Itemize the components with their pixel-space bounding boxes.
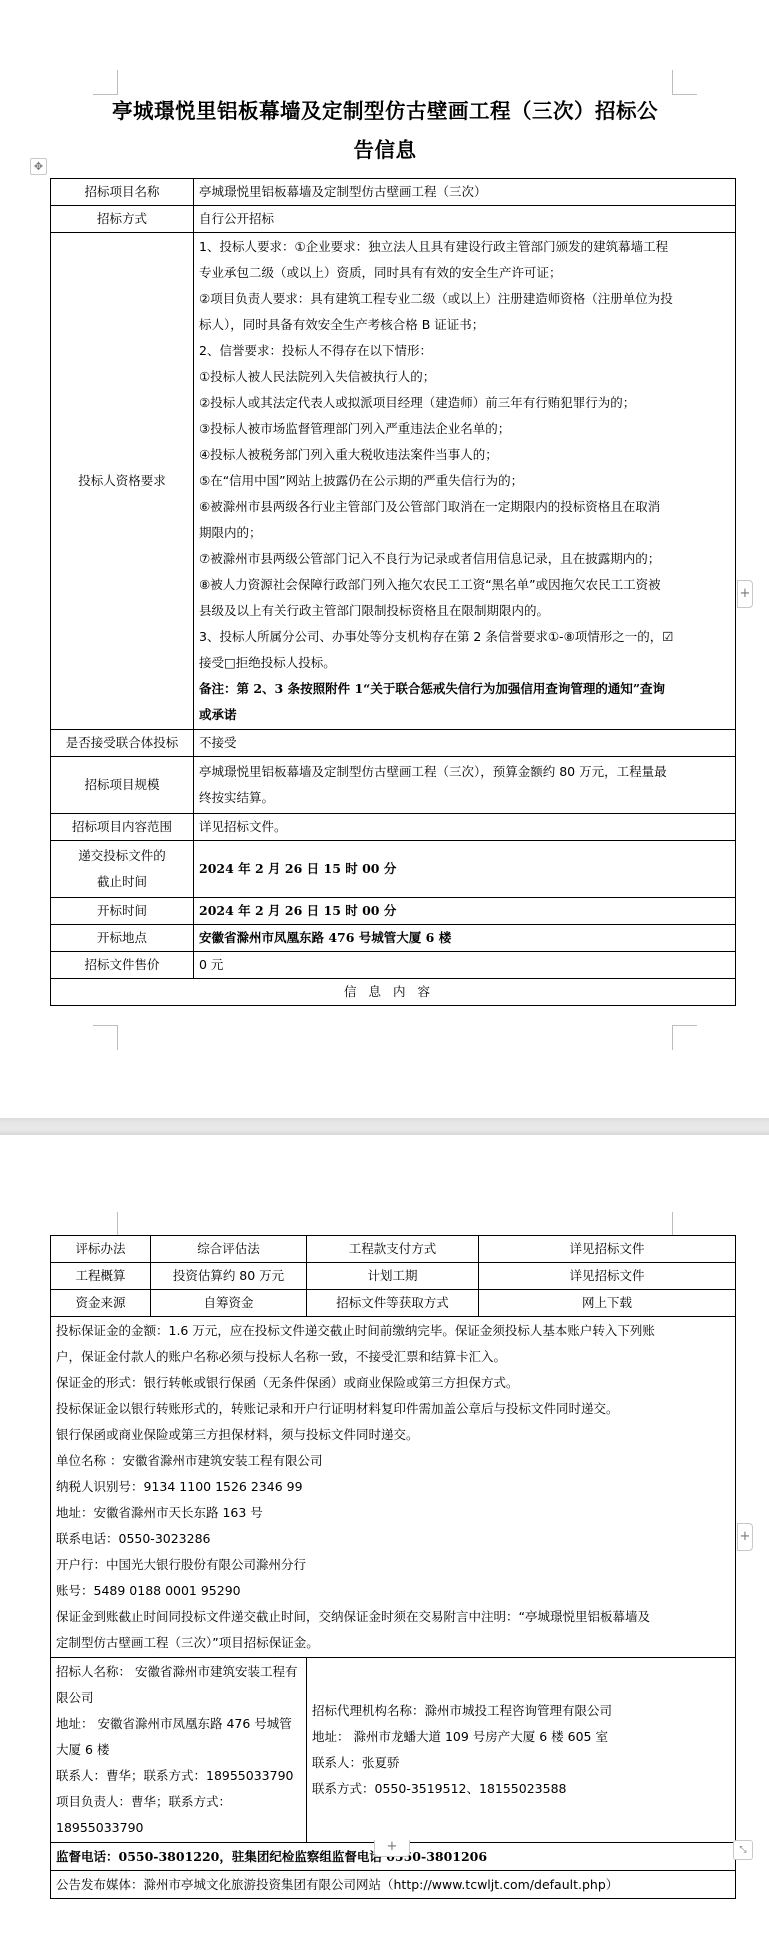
table-row: 递交投标文件的 截止时间 2024 年 2 月 26 日 15 时 00 分 <box>51 841 736 898</box>
deposit-line: 投标保证金的金额：1.6 万元，应在投标文件递交截止时间前缴纳完毕。保证金须投标… <box>56 1318 730 1344</box>
agency-line: 地址： 滁州市龙蟠大道 109 号房产大厦 6 楼 605 室 <box>312 1724 730 1750</box>
agency-line: 招标代理机构名称：滁州市城投工程咨询管理有限公司 <box>312 1698 730 1724</box>
row-value: 自行公开招标 <box>194 206 736 233</box>
row-label: 招标文件售价 <box>51 952 194 979</box>
row-value: 亭城璟悦里铝板幕墙及定制型仿古壁画工程（三次），预算金额约 80 万元，工程量最… <box>194 757 736 814</box>
cell: 投资估算约 80 万元 <box>151 1263 307 1290</box>
requirement-line: ③投标人被市场监督管理部门列入严重违法企业名单的； <box>199 416 730 442</box>
table-row-qualifications: 投标人资格要求 1、投标人要求：①企业要求：独立法人且具有建设行政主管部门颁发的… <box>51 233 736 730</box>
tender-info-table: 招标项目名称 亭城璟悦里铝板幕墙及定制型仿古壁画工程（三次） 招标方式 自行公开… <box>50 178 736 1006</box>
table-row: 招标文件售价 0 元 <box>51 952 736 979</box>
table-row: 开标地点 安徽省滁州市凤凰东路 476 号城管大厦 6 楼 <box>51 925 736 952</box>
table-move-handle-icon[interactable]: ✥ <box>30 158 47 175</box>
scale-line: 亭城璟悦里铝板幕墙及定制型仿古壁画工程（三次），预算金额约 80 万元，工程量最 <box>199 759 730 785</box>
tenderer-line: 招标人名称： 安徽省滁州市建筑安装工程有限公司 <box>56 1659 301 1711</box>
row-label: 开标时间 <box>51 898 194 925</box>
contacts-row: 招标人名称： 安徽省滁州市建筑安装工程有限公司 地址： 安徽省滁州市凤凰东路 4… <box>51 1658 736 1843</box>
agency-line: 联系人：张夏骄 <box>312 1750 730 1776</box>
requirement-line: ①投标人被人民法院列入失信被执行人的； <box>199 364 730 390</box>
row-label: 招标项目规模 <box>51 757 194 814</box>
agency-line: 联系方式：0550-3519512、18155023588 <box>312 1776 730 1802</box>
tenderer-line: 联系人：曹华；联系方式：18955033790 <box>56 1763 301 1789</box>
crop-mark-top-right <box>672 1212 697 1236</box>
row-label: 招标项目名称 <box>51 179 194 206</box>
requirement-line: ②投标人或其法定代表人或拟派项目经理（建造师）前三年有行贿犯罪行为的； <box>199 390 730 416</box>
row-label: 招标项目内容范围 <box>51 814 194 841</box>
cell: 网上下载 <box>479 1290 736 1317</box>
requirement-line: ⑥被滁州市县两级各行业主管部门及公管部门取消在一定期限内的投标资格且在取消 <box>199 494 730 520</box>
crop-mark-top-left <box>93 1212 118 1236</box>
cell: 评标办法 <box>51 1236 151 1263</box>
row-label: 是否接受联合体投标 <box>51 730 194 757</box>
label-line: 递交投标文件的 <box>56 843 188 869</box>
crop-mark-bottom-right <box>672 1025 697 1050</box>
row-value: 不接受 <box>194 730 736 757</box>
deposit-info: 投标保证金的金额：1.6 万元，应在投标文件递交截止时间前缴纳完毕。保证金须投标… <box>51 1317 736 1658</box>
page-break <box>0 1118 769 1135</box>
document-page-1: 亭城璟悦里铝板幕墙及定制型仿古壁画工程（三次）招标公 告信息 ✥ 招标项目名称 … <box>0 0 769 1118</box>
cell: 招标文件等获取方式 <box>307 1290 479 1317</box>
row-label: 开标地点 <box>51 925 194 952</box>
deposit-line: 保证金的形式：银行转帐或银行保函（无条件保函）或商业保险或第三方担保方式。 <box>56 1370 730 1396</box>
deposit-line: 开户行：中国光大银行股份有限公司滁州分行 <box>56 1552 730 1578</box>
requirement-line: ②项目负责人要求：具有建筑工程专业二级（或以上）注册建造师资格（注册单位为投 <box>199 286 730 312</box>
opening-location-value: 安徽省滁州市凤凰东路 476 号城管大厦 6 楼 <box>194 925 736 952</box>
requirement-note: 备注：第 2、3 条按照附件 1“关于联合惩戒失信行为加强信用查询管理的通知”查… <box>199 676 730 702</box>
deposit-info-row: 投标保证金的金额：1.6 万元，应在投标文件递交截止时间前缴纳完毕。保证金须投标… <box>51 1317 736 1658</box>
table-row: 是否接受联合体投标 不接受 <box>51 730 736 757</box>
row-value: 0 元 <box>194 952 736 979</box>
tenderer-line: 项目负责人：曹华；联系方式：18955033790 <box>56 1789 301 1841</box>
deposit-line: 地址：安徽省滁州市天长东路 163 号 <box>56 1500 730 1526</box>
requirement-line: 期限内的； <box>199 520 730 546</box>
deposit-line: 定制型仿古壁画工程（三次）”项目招标保证金。 <box>56 1630 730 1656</box>
table-row: 招标项目内容范围 详见招标文件。 <box>51 814 736 841</box>
cell: 详见招标文件 <box>479 1236 736 1263</box>
row-value: 亭城璟悦里铝板幕墙及定制型仿古壁画工程（三次） <box>194 179 736 206</box>
deposit-line: 纳税人识别号：9134 1100 1526 2346 99 <box>56 1474 730 1500</box>
requirement-line: 专业承包二级（或以上）资质，同时具有有效的安全生产许可证； <box>199 260 730 286</box>
deposit-line: 银行保函或商业保险或第三方担保材料，须与投标文件同时递交。 <box>56 1422 730 1448</box>
table-row: 招标项目名称 亭城璟悦里铝板幕墙及定制型仿古壁画工程（三次） <box>51 179 736 206</box>
add-row-button[interactable]: + <box>737 1523 753 1551</box>
table-row: 招标方式 自行公开招标 <box>51 206 736 233</box>
requirement-line: ⑧被人力资源社会保障行政部门列入拖欠农民工工资“黑名单”或因拖欠农民工工资被 <box>199 572 730 598</box>
add-row-below-button[interactable]: + <box>374 1840 410 1857</box>
deposit-line: 投标保证金以银行转账形式的，转账记录和开户行证明材料复印件需加盖公章后与投标文件… <box>56 1396 730 1422</box>
tenderer-line: 地址： 安徽省滁州市凤凰东路 476 号城管大厦 6 楼 <box>56 1711 301 1763</box>
row-label: 投标人资格要求 <box>51 233 194 730</box>
title-line-2: 告信息 <box>90 131 680 170</box>
requirement-line: 接受□拒绝投标人投标。 <box>199 650 730 676</box>
deposit-line: 账号：5489 0188 0001 95290 <box>56 1578 730 1604</box>
label-line: 截止时间 <box>56 869 188 895</box>
deposit-line: 保证金到账截止时间同投标文件递交截止时间，交纳保证金时须在交易附言中注明：“亭城… <box>56 1604 730 1630</box>
add-row-button[interactable]: + <box>737 580 753 608</box>
requirement-line: ⑤在“信用中国”网站上披露仍在公示期的严重失信行为的； <box>199 468 730 494</box>
requirement-line: 3、投标人所属分公司、办事处等分支机构存在第 2 条信誉要求①-⑧项情形之一的，… <box>199 624 730 650</box>
table-row: 资金来源 自筹资金 招标文件等获取方式 网上下载 <box>51 1290 736 1317</box>
requirement-line: ⑦被滁州市县两级公管部门记入不良行为记录或者信用信息记录，且在披露期内的； <box>199 546 730 572</box>
table-row: 开标时间 2024 年 2 月 26 日 15 时 00 分 <box>51 898 736 925</box>
opening-time-value: 2024 年 2 月 26 日 15 时 00 分 <box>194 898 736 925</box>
table-row: 工程概算 投资估算约 80 万元 计划工期 详见招标文件 <box>51 1263 736 1290</box>
row-value: 详见招标文件。 <box>194 814 736 841</box>
requirement-note: 或承诺 <box>199 702 730 728</box>
table-row: 招标项目规模 亭城璟悦里铝板幕墙及定制型仿古壁画工程（三次），预算金额约 80 … <box>51 757 736 814</box>
deposit-line: 户，保证金付款人的账户名称必须与投标人名称一致，不接受汇票和结算卡汇入。 <box>56 1344 730 1370</box>
table-resize-icon[interactable]: ⤡ <box>733 1840 753 1860</box>
section-header-row: 信息内容 <box>51 979 736 1006</box>
table-row: 评标办法 综合评估法 工程款支付方式 详见招标文件 <box>51 1236 736 1263</box>
document-page-2: 评标办法 综合评估法 工程款支付方式 详见招标文件 工程概算 投资估算约 80 … <box>0 1135 769 1953</box>
requirement-line: 县级及以上有关行政主管部门限制投标资格且在限制期限内的。 <box>199 598 730 624</box>
requirement-line: 2、信誉要求：投标人不得存在以下情形： <box>199 338 730 364</box>
requirement-line: 标人），同时具备有效安全生产考核合格 B 证证书； <box>199 312 730 338</box>
media-row: 公告发布媒体：滁州市亭城文化旅游投资集团有限公司网站（http://www.tc… <box>51 1871 736 1899</box>
publication-media: 公告发布媒体：滁州市亭城文化旅游投资集团有限公司网站（http://www.tc… <box>51 1871 736 1899</box>
requirement-line: 1、投标人要求：①企业要求：独立法人且具有建设行政主管部门颁发的建筑幕墙工程 <box>199 234 730 260</box>
tenderer-info: 招标人名称： 安徽省滁州市建筑安装工程有限公司 地址： 安徽省滁州市凤凰东路 4… <box>51 1658 307 1843</box>
requirement-line: ④投标人被税务部门列入重大税收违法案件当事人的； <box>199 442 730 468</box>
deposit-line: 联系电话：0550-3023286 <box>56 1526 730 1552</box>
scale-line: 终按实结算。 <box>199 785 730 811</box>
cell: 综合评估法 <box>151 1236 307 1263</box>
crop-mark-bottom-left <box>93 1025 118 1050</box>
title-line-1: 亭城璟悦里铝板幕墙及定制型仿古壁画工程（三次）招标公 <box>90 92 680 131</box>
cell: 资金来源 <box>51 1290 151 1317</box>
tender-details-table: 评标办法 综合评估法 工程款支付方式 详见招标文件 工程概算 投资估算约 80 … <box>50 1235 736 1899</box>
section-header-info-content: 信息内容 <box>51 979 736 1006</box>
deadline-value: 2024 年 2 月 26 日 15 时 00 分 <box>194 841 736 898</box>
row-label: 递交投标文件的 截止时间 <box>51 841 194 898</box>
cell: 工程款支付方式 <box>307 1236 479 1263</box>
cell: 详见招标文件 <box>479 1263 736 1290</box>
cell: 工程概算 <box>51 1263 151 1290</box>
cell: 自筹资金 <box>151 1290 307 1317</box>
qualification-requirements: 1、投标人要求：①企业要求：独立法人且具有建设行政主管部门颁发的建筑幕墙工程 专… <box>194 233 736 730</box>
agency-info: 招标代理机构名称：滁州市城投工程咨询管理有限公司 地址： 滁州市龙蟠大道 109… <box>307 1658 736 1843</box>
document-title: 亭城璟悦里铝板幕墙及定制型仿古壁画工程（三次）招标公 告信息 <box>90 92 680 170</box>
deposit-line: 单位名称 ：安徽省滁州市建筑安装工程有限公司 <box>56 1448 730 1474</box>
cell: 计划工期 <box>307 1263 479 1290</box>
row-label: 招标方式 <box>51 206 194 233</box>
